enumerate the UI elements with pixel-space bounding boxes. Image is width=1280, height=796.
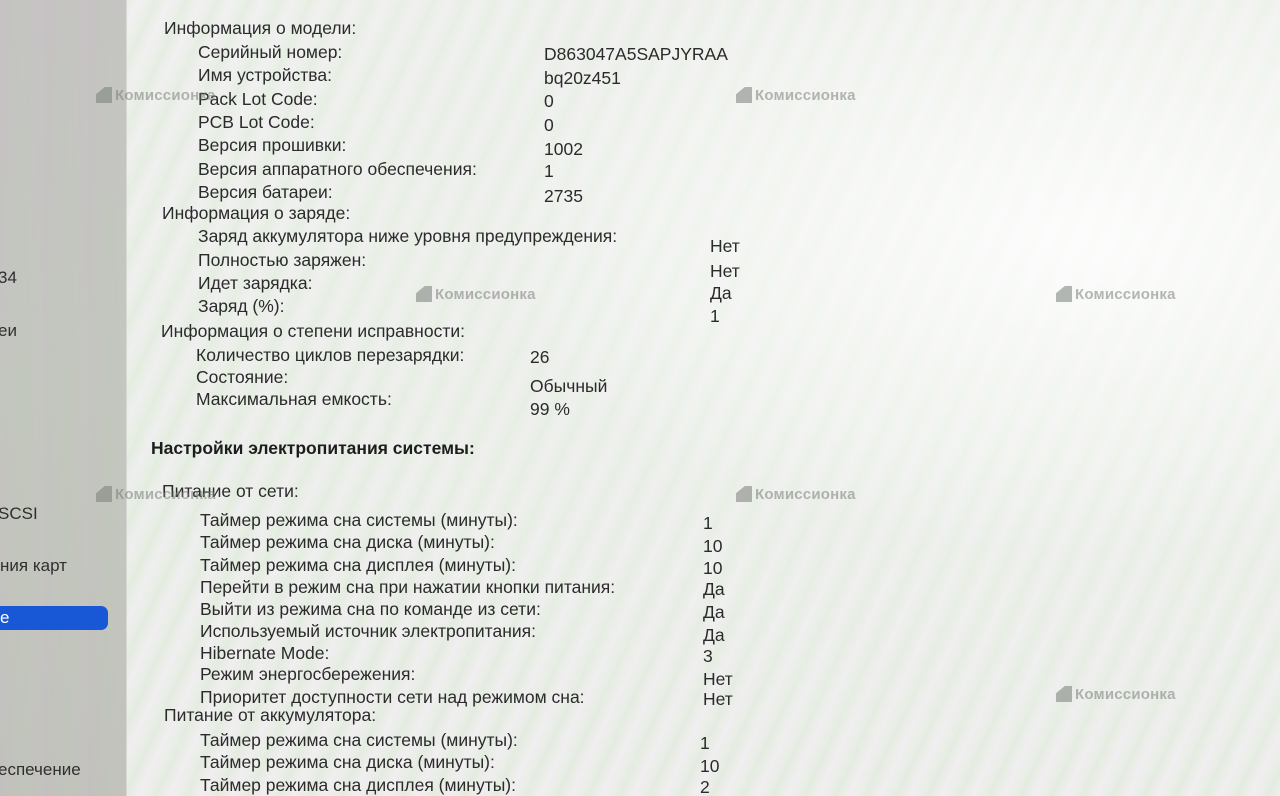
- sidebar-item-label: еи: [0, 319, 17, 343]
- row-label: Hibernate Mode:: [200, 642, 329, 664]
- row-label: Имя устройства:: [198, 64, 332, 86]
- row-value: 1: [710, 305, 720, 327]
- row-label: Таймер режима сна диска (минуты):: [200, 531, 495, 553]
- sidebar: 34 еи SCSI ния карт е еспечение: [0, 0, 127, 796]
- row-label: Выйти из режима сна по команде из сети:: [200, 598, 541, 620]
- sidebar-item-2[interactable]: еи: [0, 319, 127, 343]
- sidebar-item-label: 34: [0, 266, 17, 290]
- row-label: Версия батареи:: [198, 181, 333, 203]
- row-value: Нет: [703, 688, 733, 710]
- row-value: 10: [703, 557, 722, 579]
- row-label: Таймер режима сна системы (минуты):: [200, 509, 518, 531]
- row-label: Таймер режима сна системы (минуты):: [200, 729, 518, 751]
- row-value: 1: [703, 512, 713, 534]
- row-label: PCB Lot Code:: [198, 111, 315, 133]
- row-label: Заряд аккумулятора ниже уровня предупреж…: [198, 225, 617, 247]
- row-label: Полностью заряжен:: [198, 249, 366, 271]
- row-label: Режим энергосбережения:: [200, 663, 415, 685]
- sidebar-item-1[interactable]: 34: [0, 266, 127, 290]
- row-value: 1002: [544, 138, 583, 160]
- row-value: Нет: [703, 668, 733, 690]
- row-label: Версия аппаратного обеспечения:: [198, 158, 477, 180]
- row-value: Да: [703, 601, 725, 623]
- row-value: Да: [710, 282, 732, 304]
- row-label: Приоритет доступности сети над режимом с…: [200, 686, 585, 708]
- sidebar-item-software[interactable]: еспечение: [0, 758, 127, 782]
- row-label: Максимальная емкость:: [196, 388, 392, 410]
- section-label: Информация о модели:: [164, 17, 356, 39]
- row-value: 0: [544, 114, 554, 136]
- row-label: Заряд (%):: [198, 295, 284, 317]
- section-label: Информация о заряде:: [162, 202, 350, 224]
- row-value: D863047A5SAPJYRAA: [544, 43, 728, 65]
- row-label: Версия прошивки:: [198, 134, 346, 156]
- sidebar-item-label: ния карт: [0, 554, 67, 578]
- sidebar-item-power-selected[interactable]: е: [0, 606, 108, 630]
- row-label: Количество циклов перезарядки:: [196, 344, 464, 366]
- row-label: Таймер режима сна дисплея (минуты):: [200, 774, 516, 796]
- row-value: 26: [530, 346, 549, 368]
- row-value: 3: [703, 645, 713, 667]
- row-value: 10: [703, 535, 722, 557]
- row-value: 1: [544, 160, 554, 182]
- row-label: Используемый источник электропитания:: [200, 620, 536, 642]
- row-value: Да: [703, 624, 725, 646]
- section-label: Питание от сети:: [162, 480, 299, 502]
- row-value: Обычный: [530, 375, 607, 397]
- row-value: bq20z451: [544, 67, 621, 89]
- sidebar-item-3[interactable]: SCSI: [0, 502, 127, 526]
- row-value: 99 %: [530, 398, 570, 420]
- row-label: Pack Lot Code:: [198, 88, 318, 110]
- sidebar-item-label: е: [0, 606, 9, 630]
- row-label: Серийный номер:: [198, 41, 342, 63]
- row-value: 1: [700, 732, 710, 754]
- sidebar-item-label: еспечение: [0, 758, 81, 782]
- row-label: Таймер режима сна дисплея (минуты):: [200, 554, 516, 576]
- row-value: 2: [700, 776, 710, 796]
- row-label: Перейти в режим сна при нажатии кнопки п…: [200, 576, 615, 598]
- report-content: Информация о модели: Информация о заряде…: [130, 0, 1280, 796]
- row-value: 10: [700, 755, 719, 777]
- row-label: Состояние:: [196, 366, 288, 388]
- section-label: Информация о степени исправности:: [161, 320, 465, 342]
- row-value: 2735: [544, 185, 583, 207]
- sidebar-item-label: SCSI: [0, 502, 38, 526]
- row-value: Нет: [710, 235, 740, 257]
- row-value: Да: [703, 578, 725, 600]
- sidebar-item-4[interactable]: ния карт: [0, 554, 127, 578]
- row-value: Нет: [710, 260, 740, 282]
- row-label: Таймер режима сна диска (минуты):: [200, 751, 495, 773]
- section-heading: Настройки электропитания системы:: [151, 437, 475, 459]
- row-label: Идет зарядка:: [198, 272, 312, 294]
- row-value: 0: [544, 90, 554, 112]
